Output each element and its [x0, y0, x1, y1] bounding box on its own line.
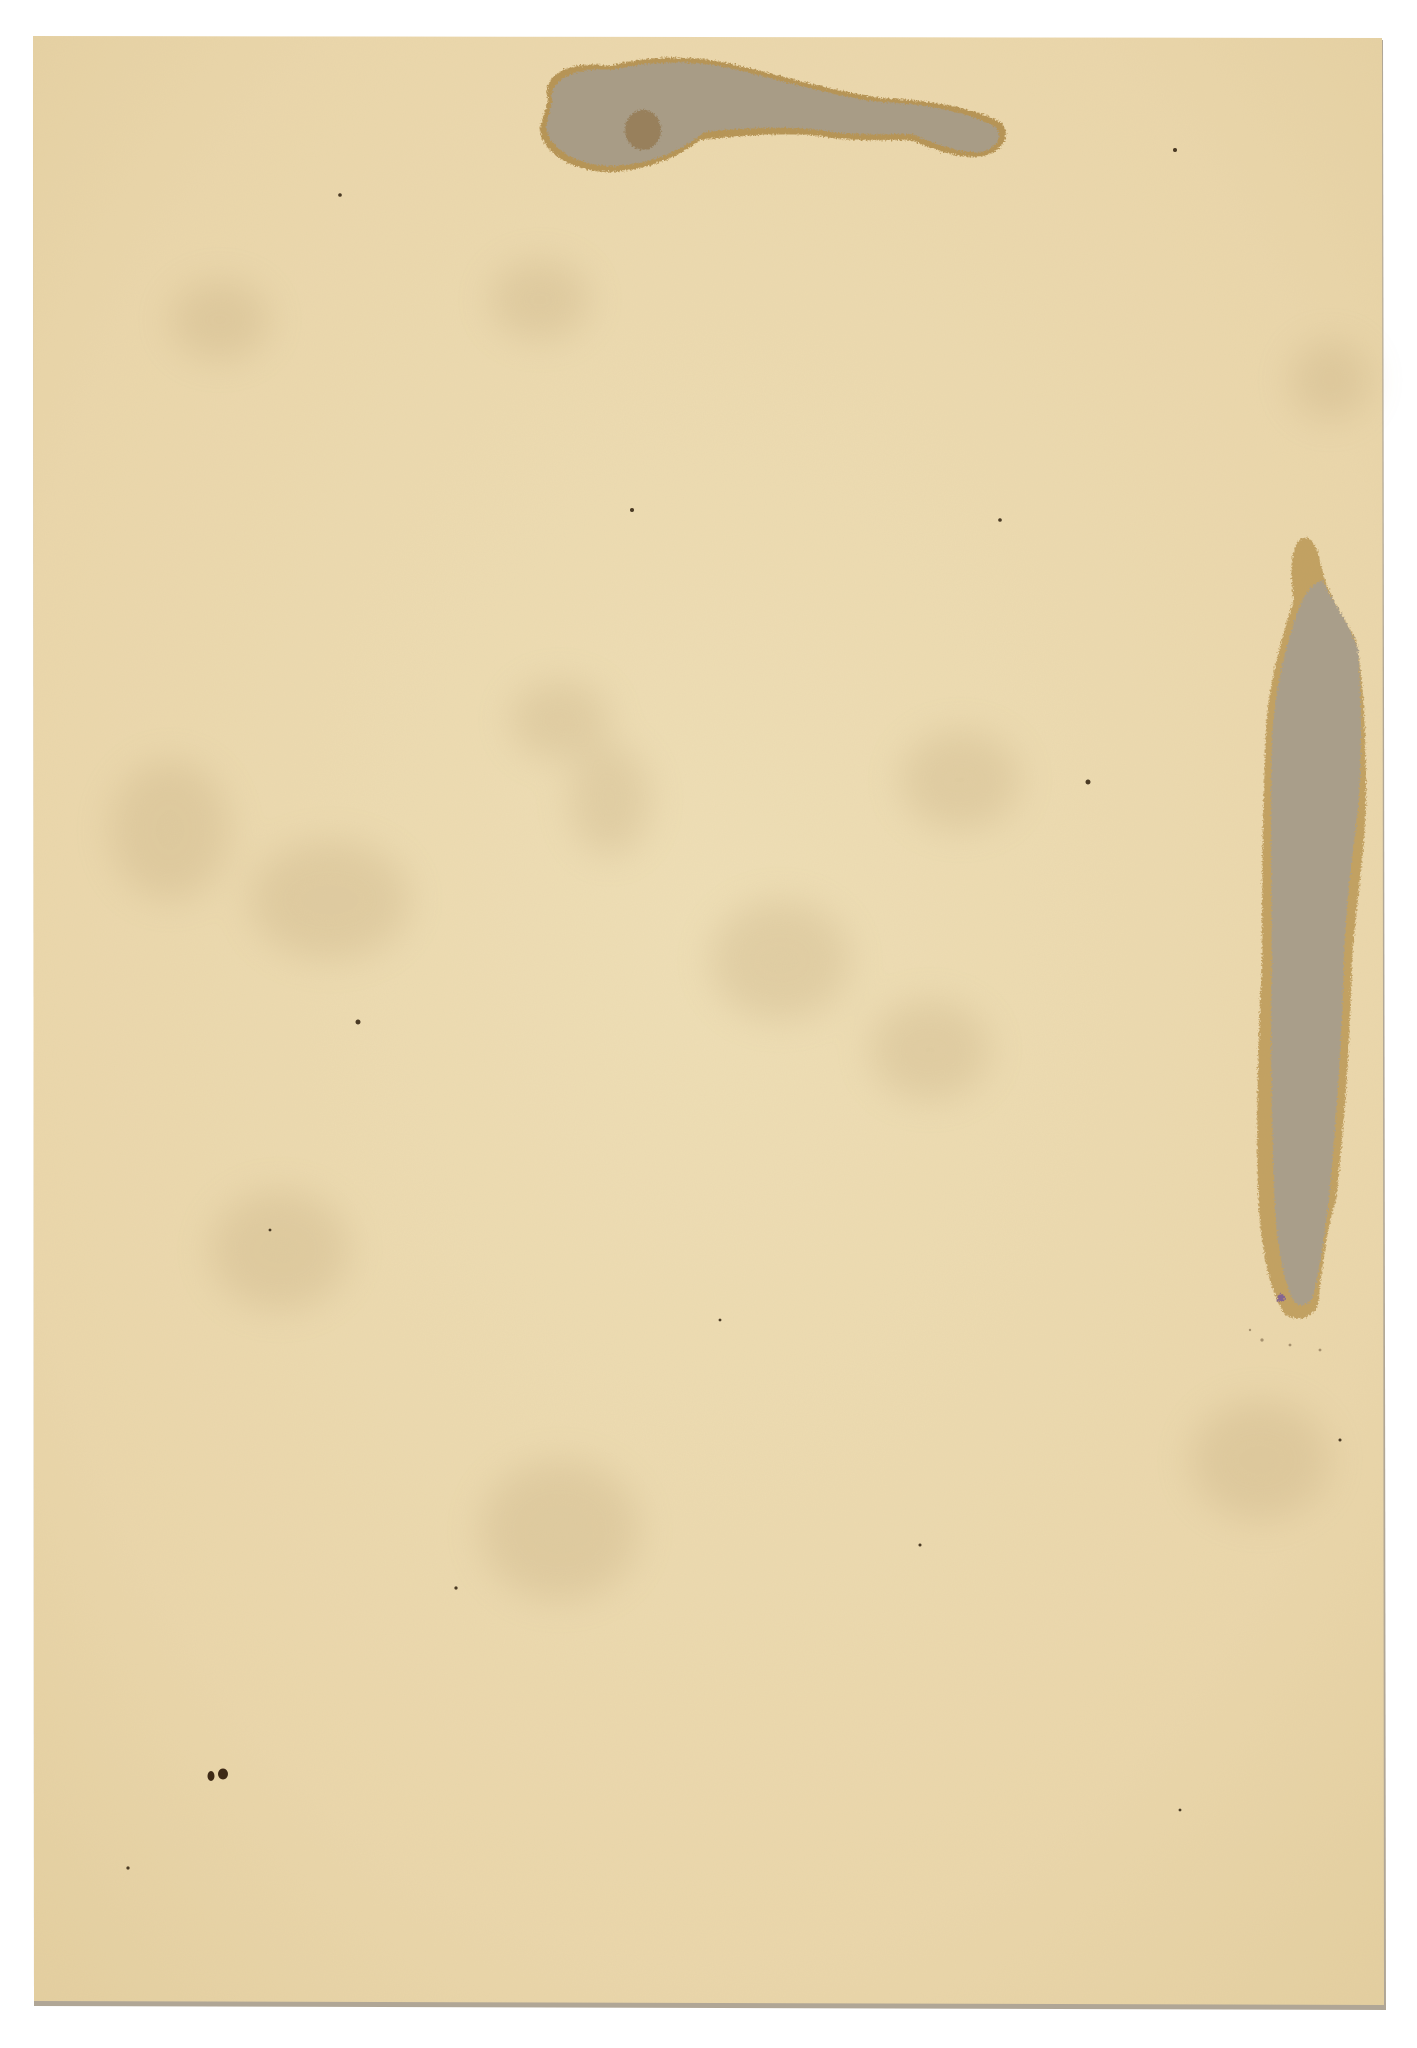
- purple-dot: [1277, 1294, 1285, 1302]
- scanned-card: [0, 0, 1417, 2048]
- top-stain-rust-spot: [625, 110, 661, 150]
